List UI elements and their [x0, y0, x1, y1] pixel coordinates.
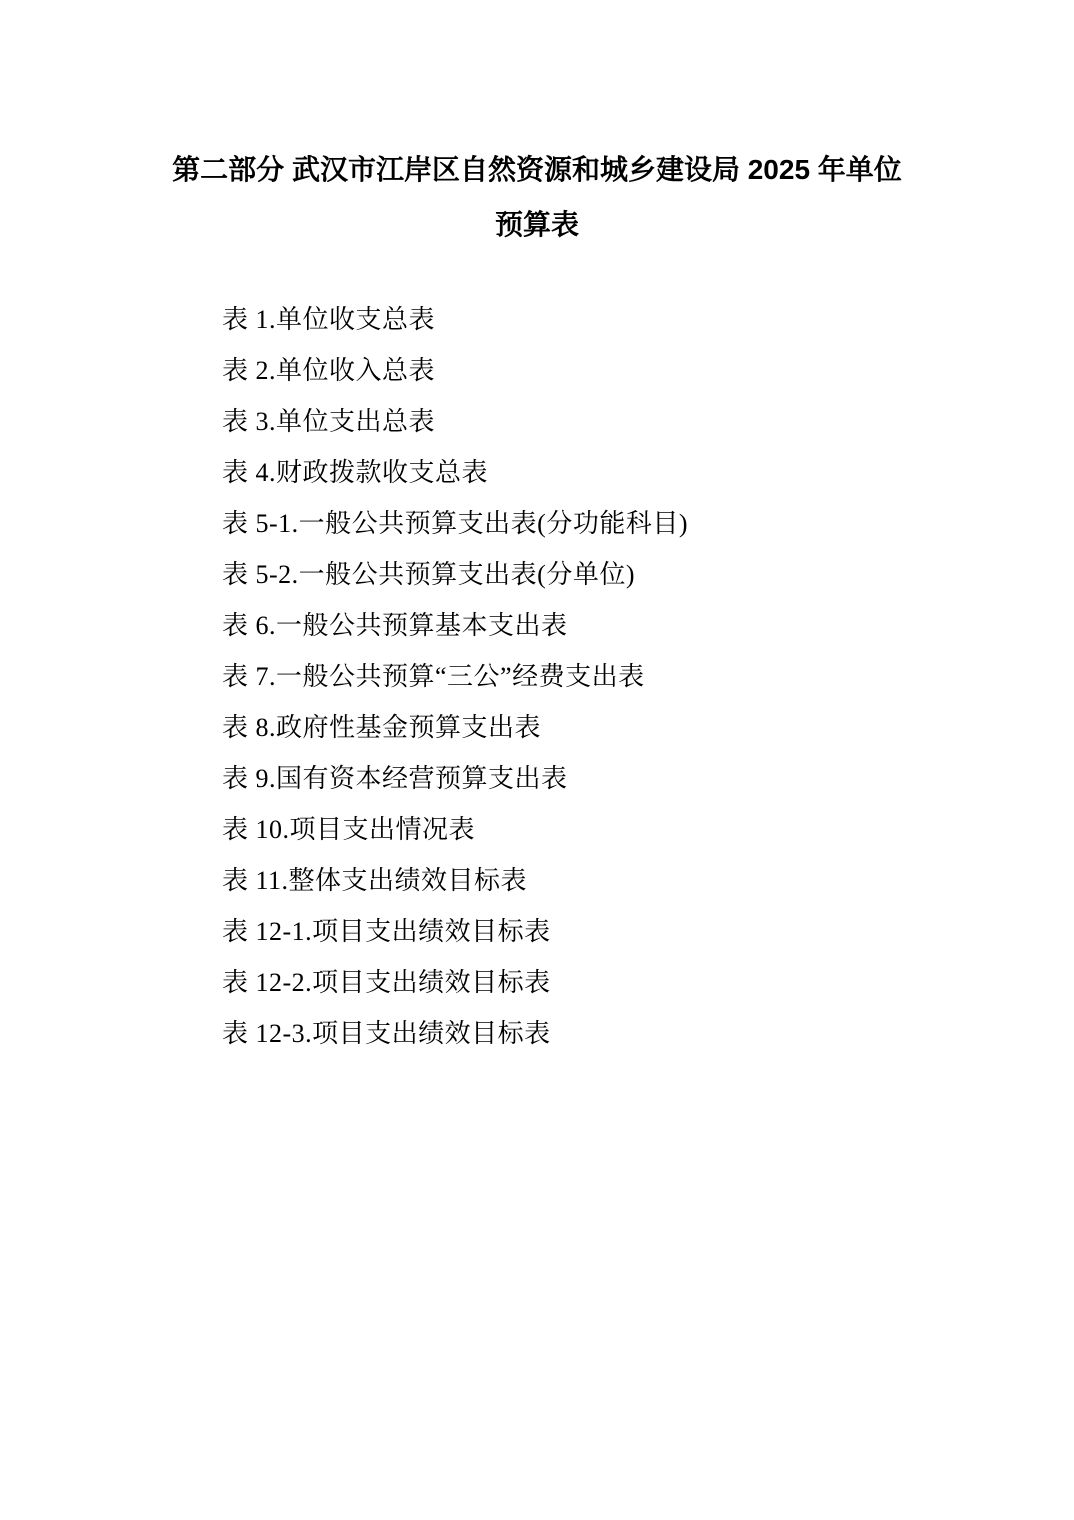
- page-title: 第二部分 武汉市江岸区自然资源和城乡建设局 2025 年单位 预算表: [0, 0, 1074, 252]
- toc-item-table-4: 表 4.财政拨款收支总表: [222, 447, 994, 498]
- page-title-line-1: 第二部分 武汉市江岸区自然资源和城乡建设局 2025 年单位: [0, 142, 1074, 197]
- toc-item-table-7: 表 7.一般公共预算“三公”经费支出表: [222, 651, 994, 702]
- toc-item-table-10: 表 10.项目支出情况表: [222, 804, 994, 855]
- toc-item-table-5-1: 表 5-1.一般公共预算支出表(分功能科目): [222, 498, 994, 549]
- toc-item-table-11: 表 11.整体支出绩效目标表: [222, 855, 994, 906]
- toc-item-table-12-1: 表 12-1.项目支出绩效目标表: [222, 906, 994, 957]
- toc-item-table-5-2: 表 5-2.一般公共预算支出表(分单位): [222, 549, 994, 600]
- toc-item-table-12-2: 表 12-2.项目支出绩效目标表: [222, 957, 994, 1008]
- table-of-contents: 表 1.单位收支总表 表 2.单位收入总表 表 3.单位支出总表 表 4.财政拨…: [222, 294, 994, 1059]
- toc-item-table-2: 表 2.单位收入总表: [222, 345, 994, 396]
- toc-item-table-6: 表 6.一般公共预算基本支出表: [222, 600, 994, 651]
- page-title-line-2: 预算表: [0, 197, 1074, 252]
- toc-item-table-3: 表 3.单位支出总表: [222, 396, 994, 447]
- toc-item-table-1: 表 1.单位收支总表: [222, 294, 994, 345]
- toc-item-table-12-3: 表 12-3.项目支出绩效目标表: [222, 1008, 994, 1059]
- document-page: 第二部分 武汉市江岸区自然资源和城乡建设局 2025 年单位 预算表 表 1.单…: [0, 0, 1074, 1520]
- toc-item-table-8: 表 8.政府性基金预算支出表: [222, 702, 994, 753]
- toc-item-table-9: 表 9.国有资本经营预算支出表: [222, 753, 994, 804]
